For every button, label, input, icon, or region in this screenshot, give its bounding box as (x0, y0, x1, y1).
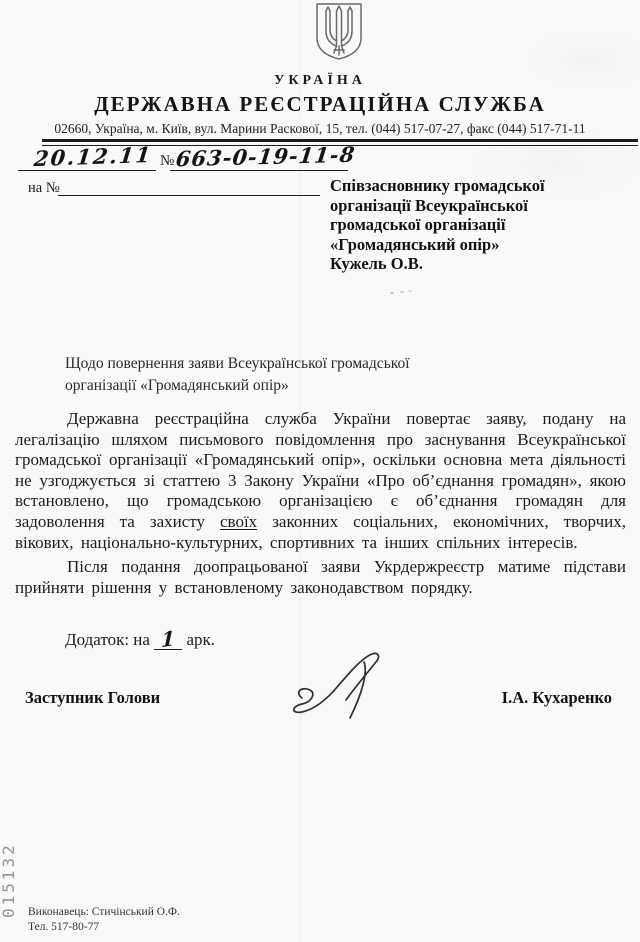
body-paragraph-1: Державна реєстраційна служба України пов… (15, 409, 626, 553)
addressee-block: Співзасновнику громадської організації В… (330, 176, 545, 274)
reply-to-number-underline (58, 195, 320, 196)
attachment-suffix: арк. (186, 630, 215, 649)
subject-block: Щодо повернення заяви Всеукраїнської гро… (65, 353, 410, 396)
header-agency-name: ДЕРЖАВНА РЕЄСТРАЦІЙНА СЛУЖБА (0, 92, 640, 117)
attachment-line: Додаток: на 1 арк. (65, 629, 215, 650)
handwritten-signature (288, 648, 403, 720)
letter-body: Державна реєстраційна служба України пов… (15, 409, 626, 598)
header-country: УКРАЇНА (0, 73, 640, 89)
ink-smudge (388, 290, 414, 296)
date-underline (18, 170, 156, 171)
scanned-letter-page: УКРАЇНА ДЕРЖАВНА РЕЄСТРАЦІЙНА СЛУЖБА 026… (0, 0, 640, 942)
signer-position: Заступник Голови (25, 688, 160, 708)
subject-line: організації «Громадянський опір» (65, 375, 410, 397)
header-address: 02660, Україна, м. Київ, вул. Марини Рас… (0, 121, 640, 137)
reply-to-number-label: на № (28, 180, 60, 197)
addressee-line: громадської організації (330, 215, 545, 235)
handwritten-date: 20.12.11 (33, 142, 154, 171)
ukraine-trident-emblem (313, 2, 365, 60)
vertical-registration-stamp: 015132 (0, 826, 18, 918)
handwritten-reference-number: 663-0-19-11-8 (175, 142, 357, 172)
body-paragraph-2: Після подання доопрацьованої заяви Укрде… (15, 557, 626, 598)
reference-number-underline (170, 170, 348, 171)
signer-name: І.А. Кухаренко (502, 688, 612, 708)
addressee-line: Кужель О.В. (330, 254, 545, 274)
footer-block: Виконавець: Стичінський О.Ф. Тел. 517-80… (28, 905, 180, 935)
addressee-line: Співзасновнику громадської (330, 176, 545, 196)
executor-line: Виконавець: Стичінський О.Ф. (28, 905, 180, 920)
attachment-count-handwritten: 1 (154, 630, 182, 650)
underlined-word: своїх (220, 512, 257, 531)
number-sign-label: № (160, 153, 174, 170)
addressee-line: організації Всеукраїнської (330, 196, 545, 216)
executor-phone: Тел. 517-80-77 (28, 920, 180, 935)
addressee-line: «Громадянський опір» (330, 235, 545, 255)
subject-line: Щодо повернення заяви Всеукраїнської гро… (65, 353, 410, 375)
attachment-prefix: Додаток: на (65, 630, 150, 649)
